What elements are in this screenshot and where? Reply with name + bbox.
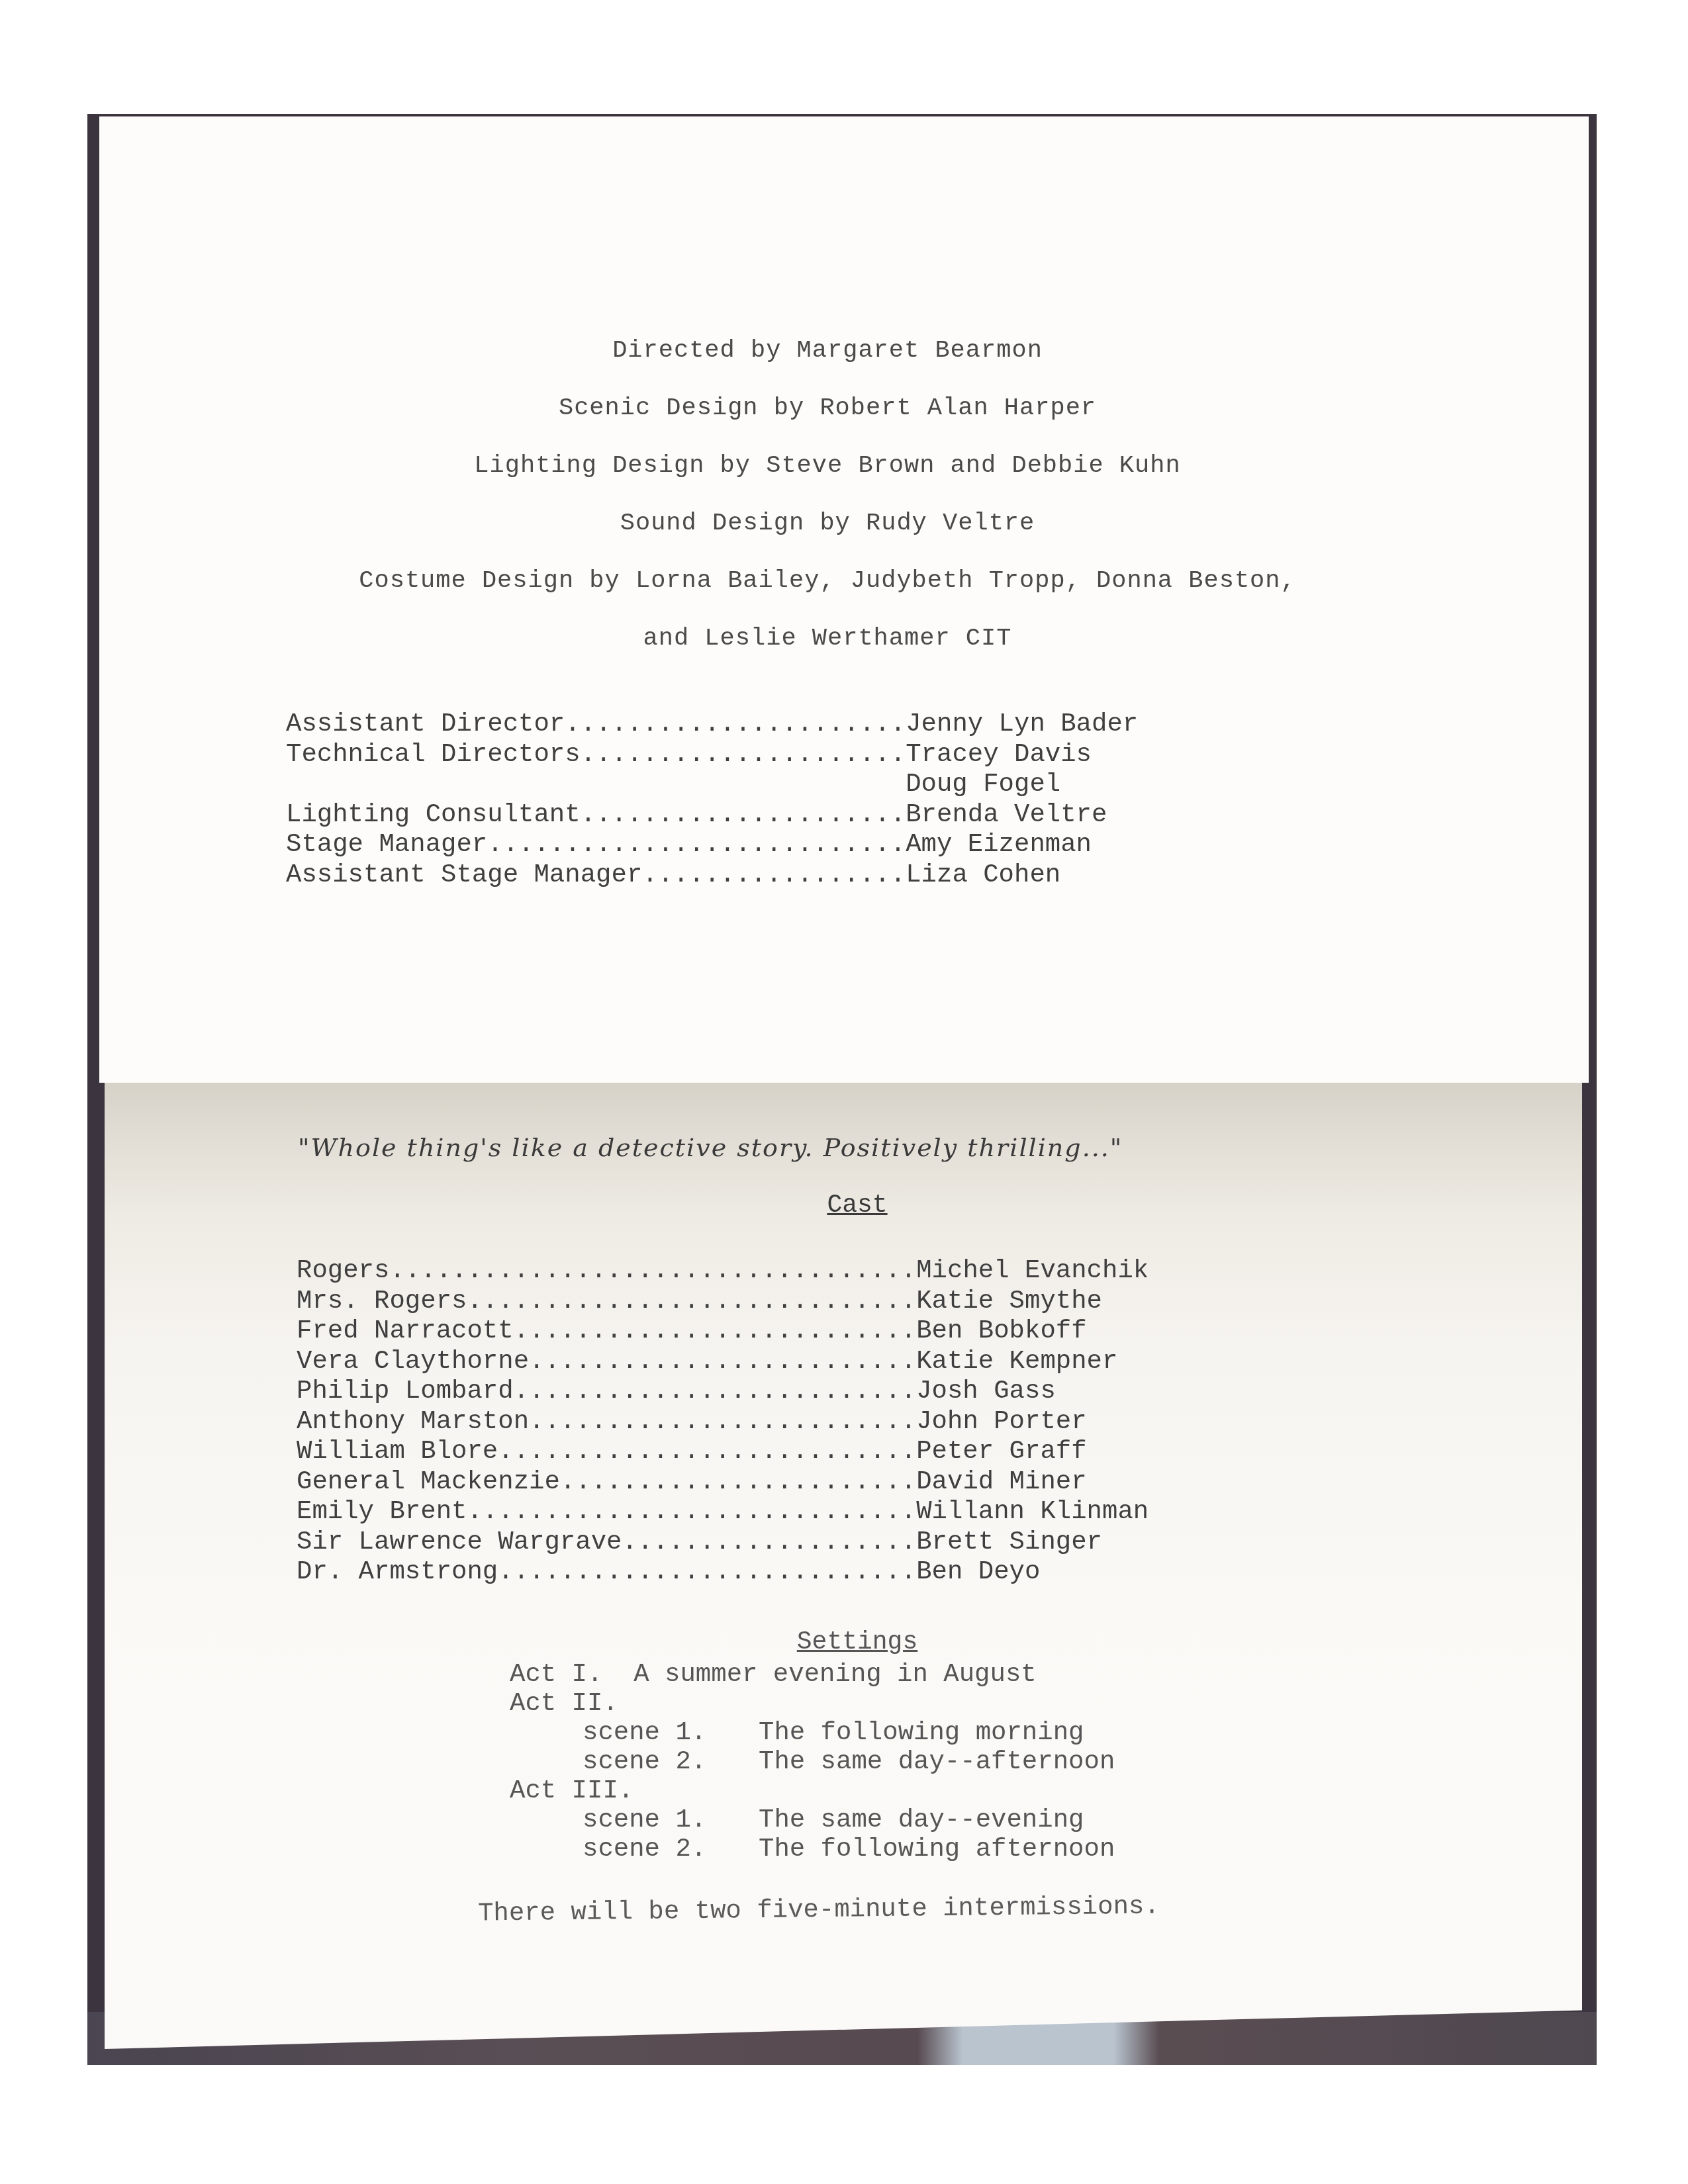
scene-row: scene 1.The same day--evening (510, 1805, 1115, 1835)
staff-row: Lighting Consultant.....................… (286, 800, 1138, 831)
act-row: Act III. (510, 1776, 1115, 1805)
role-name: Emily Brent (297, 1497, 467, 1527)
cast-row: Anthony Marston.........................… (297, 1407, 1149, 1437)
staff-row: Stage Manager...........................… (286, 830, 1138, 860)
dot-leader: ......................... (529, 1407, 916, 1437)
role-name: William Blore (297, 1437, 498, 1467)
dot-leader: ................... (622, 1527, 916, 1558)
scene-label: scene 2. (583, 1835, 759, 1864)
scene-label: scene 1. (583, 1805, 759, 1835)
person-name: Josh Gass (916, 1377, 1056, 1407)
role-name: Vera Claythorne (297, 1347, 529, 1377)
role-name: Stage Manager (286, 830, 487, 860)
cast-row: Dr. Armstrong...........................… (297, 1557, 1149, 1588)
cast-heading: Cast (0, 1191, 1688, 1220)
cast-row: Mrs. Rogers.............................… (297, 1287, 1149, 1317)
credit-scenic-design: Scenic Design by Robert Alan Harper (0, 388, 1655, 446)
credit-costume-design: Costume Design by Lorna Bailey, Judybeth… (0, 561, 1655, 619)
credit-lighting-design: Lighting Design by Steve Brown and Debbi… (0, 446, 1655, 504)
cast-row: Sir Lawrence Wargrave...................… (297, 1527, 1149, 1558)
cast-row: General Mackenzie.......................… (297, 1467, 1149, 1498)
role-name: Sir Lawrence Wargrave (297, 1527, 622, 1558)
credit-costume-design-cont: and Leslie Werthamer CIT (0, 619, 1655, 676)
scene-description: The following morning (759, 1718, 1084, 1747)
cast-row: Fred Narracott..........................… (297, 1316, 1149, 1347)
person-name: Katie Kempner (916, 1347, 1117, 1377)
role-name: General Mackenzie (297, 1467, 560, 1498)
scene-row: scene 2.The following afternoon (510, 1835, 1115, 1864)
person-name: Brett Singer (916, 1527, 1102, 1558)
staff-row: Doug Fogel (286, 770, 1138, 800)
quote: "Whole thing's like a detective story. P… (298, 1133, 1436, 1162)
person-name: Ben Deyo (916, 1557, 1040, 1588)
staff-list: Assistant Director......................… (286, 709, 1138, 890)
role-name: Assistant Director (286, 709, 565, 740)
act-row: Act I. A summer evening in August (510, 1660, 1115, 1689)
role-name: Philip Lombard (297, 1377, 514, 1407)
role-name: Technical Directors (286, 740, 581, 770)
role-name: Anthony Marston (297, 1407, 529, 1437)
scene-description: The same day--evening (759, 1805, 1084, 1835)
person-name: John Porter (916, 1407, 1086, 1437)
scene-label: scene 1. (583, 1718, 759, 1747)
scene-description: The following afternoon (759, 1835, 1115, 1864)
staff-row: Assistant Stage Manager.................… (286, 860, 1138, 891)
cast-row: Emily Brent.............................… (297, 1497, 1149, 1527)
dot-leader: .................................. (389, 1256, 916, 1287)
role-name: Rogers (297, 1256, 389, 1287)
dot-leader: ........................... (487, 830, 906, 860)
cast-row: Rogers..................................… (297, 1256, 1149, 1287)
dot-leader: ............................. (467, 1287, 916, 1317)
act-row: Act II. (510, 1689, 1115, 1718)
person-name: Willann Klinman (916, 1497, 1149, 1527)
dot-leader: ........................... (498, 1437, 916, 1467)
dot-leader: ...................... (565, 709, 906, 740)
role-name: Fred Narracott (297, 1316, 514, 1347)
role-name: Assistant Stage Manager (286, 860, 642, 891)
dot-leader: ..................... (581, 800, 906, 831)
person-name: Peter Graff (916, 1437, 1086, 1467)
person-name: Brenda Veltre (906, 800, 1107, 831)
person-name: David Miner (916, 1467, 1086, 1498)
scene-label: scene 2. (583, 1747, 759, 1776)
person-name: Liza Cohen (906, 860, 1060, 891)
credit-sound-design: Sound Design by Rudy Veltre (0, 504, 1655, 561)
settings-heading: Settings (0, 1628, 1688, 1657)
dot-leader: .......................... (514, 1377, 917, 1407)
cast-row: William Blore...........................… (297, 1437, 1149, 1467)
dot-leader: .......................... (514, 1316, 917, 1347)
scene-row: scene 1.The following morning (510, 1718, 1115, 1747)
person-name: Ben Bobkoff (916, 1316, 1086, 1347)
role-name: Mrs. Rogers (297, 1287, 467, 1317)
person-name: Amy Eizenman (906, 830, 1092, 860)
scene-description: The same day--afternoon (759, 1747, 1115, 1776)
dot-leader: ....................... (560, 1467, 916, 1498)
dot-leader: ........................... (498, 1557, 916, 1588)
dot-leader: ................. (642, 860, 906, 891)
person-name: Tracey Davis (906, 740, 1092, 770)
person-name: Doug Fogel (906, 770, 1060, 800)
cast-row: Vera Claythorne.........................… (297, 1347, 1149, 1377)
role-name: Lighting Consultant (286, 800, 581, 831)
dot-leader: ............................. (467, 1497, 916, 1527)
staff-row: Assistant Director......................… (286, 709, 1138, 740)
dot-leader: ..................... (581, 740, 906, 770)
person-name: Michel Evanchik (916, 1256, 1149, 1287)
credit-director: Directed by Margaret Bearmon (0, 331, 1655, 388)
person-name: Katie Smythe (916, 1287, 1102, 1317)
person-name: Jenny Lyn Bader (906, 709, 1138, 740)
cast-list: Rogers..................................… (297, 1256, 1149, 1588)
staff-row: Technical Directors.....................… (286, 740, 1138, 770)
production-credits: Directed by Margaret Bearmon Scenic Desi… (0, 331, 1655, 676)
role-name: Dr. Armstrong (297, 1557, 498, 1588)
scene-row: scene 2.The same day--afternoon (510, 1747, 1115, 1776)
dot-leader (286, 770, 906, 800)
cast-row: Philip Lombard..........................… (297, 1377, 1149, 1407)
settings-list: Act I. A summer evening in AugustAct II.… (510, 1660, 1115, 1864)
dot-leader: ......................... (529, 1347, 916, 1377)
